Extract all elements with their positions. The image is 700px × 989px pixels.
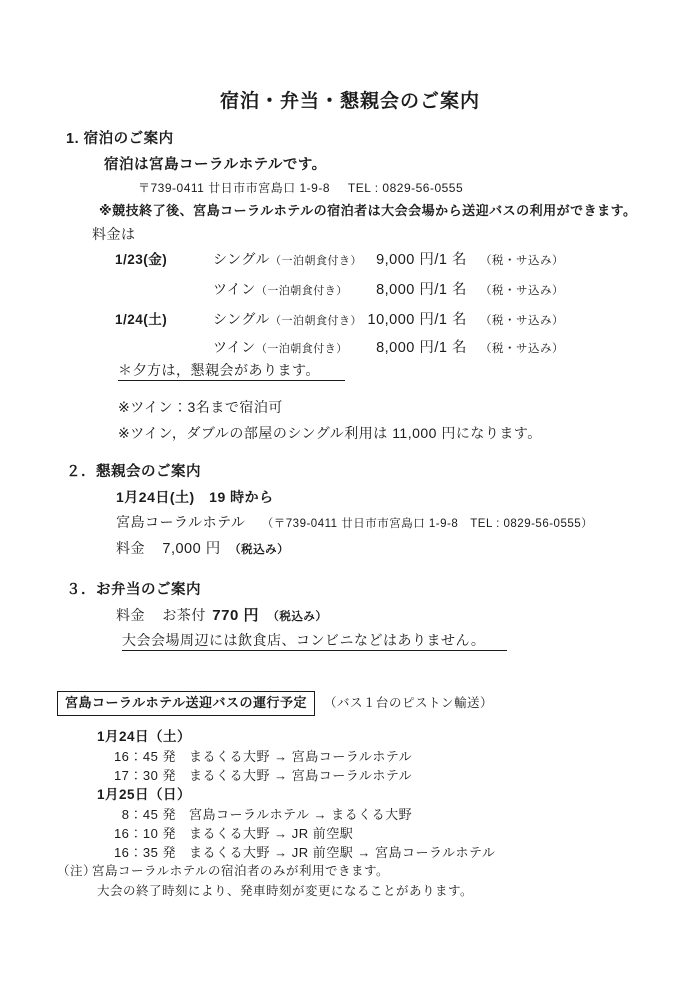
- rate-date: 1/23(金): [115, 252, 213, 269]
- rate-room-note: （一泊朝食付き）: [270, 315, 362, 327]
- bento-fee-prefix: お茶付: [162, 607, 206, 623]
- shuttle-run-time: 8：45 発: [108, 807, 176, 823]
- gathering-fee: 7,000 円: [162, 541, 220, 557]
- shuttle-note: 宮島コーラルホテルの宿泊者のみが利用できます。: [92, 864, 389, 878]
- shuttle-note: 大会の終了時刻により、発車時刻が変更になることがあります。: [97, 884, 473, 900]
- lodging-shuttle-availability-note: ※競技終了後、宮島コーラルホテルの宿泊者は大会会場から送迎バスの利用ができます。: [99, 203, 637, 219]
- rates-label: 料金は: [92, 226, 136, 244]
- gathering-fee-line: 料金 7,000 円 （税込み）: [116, 540, 289, 558]
- gathering-venue-detail: （〒739-0411 廿日市市宮島口 1-9-8 TEL : 0829-56-0…: [262, 518, 593, 530]
- shuttle-run-time: 17：30 発: [108, 768, 176, 784]
- shuttle-run-time: 16：35 発: [108, 845, 176, 861]
- shuttle-run-route: まるくる大野 → JR 前空駅: [189, 826, 353, 841]
- bento-fee-line: 料金 お茶付 770 円 （税込み）: [116, 607, 327, 626]
- page-title: 宿泊・弁当・懇親会のご案内: [0, 90, 700, 114]
- shuttle-day-date: 1月24日（土）: [97, 729, 191, 746]
- gathering-fee-label: 料金: [116, 540, 145, 556]
- evening-party-note: ＊夕方は，懇親会があります。: [118, 362, 345, 381]
- bento-fee-amount: 770 円: [212, 607, 259, 624]
- shuttle-day-date: 1月25日（日）: [97, 787, 191, 804]
- rate-price: 8,000 円/1 名: [355, 339, 467, 357]
- shuttle-run: 17：30 発まるくる大野 → 宮島コーラルホテル: [0, 768, 412, 784]
- rate-tax-note: （税・サ込み）: [480, 343, 564, 355]
- twin-capacity-note: ※ツイン：3名まで宿泊可: [118, 399, 283, 417]
- shuttle-run: 16：10 発まるくる大野 → JR 前空駅: [0, 826, 353, 842]
- rate-price: 9,000 円/1 名: [355, 251, 467, 269]
- shuttle-schedule-header: 宮島コーラルホテル送迎バスの運行予定 （バス１台のピストン輸送）: [57, 691, 493, 716]
- rate-room: ツイン: [213, 281, 256, 297]
- lodging-postal-address: 〒739-0411 廿日市市宮島口 1-9-8: [138, 181, 330, 195]
- rate-tax-note: （税・サ込み）: [480, 315, 564, 327]
- rate-room-note: （一泊朝食付き）: [270, 255, 362, 267]
- shuttle-run: 8：45 発宮島コーラルホテル → まるくる大野: [0, 807, 412, 823]
- rate-row: ツイン（一泊朝食付き）8,000 円/1 名（税・サ込み）: [115, 281, 564, 299]
- rate-tax-note: （税・サ込み）: [480, 285, 564, 297]
- rate-room-note: （一泊朝食付き）: [256, 285, 348, 297]
- lodging-address-line: 〒739-0411 廿日市市宮島口 1-9-8 TEL : 0829-56-05…: [138, 181, 463, 196]
- bento-section-heading: ３．お弁当のご案内: [66, 581, 201, 599]
- gathering-datetime: 1月24日(土) 19 時から: [116, 489, 274, 507]
- rate-room: ツイン: [213, 339, 256, 355]
- shuttle-note-line: （注）宮島コーラルホテルの宿泊者のみが利用できます。: [57, 864, 389, 880]
- lodging-tel: TEL : 0829-56-0555: [348, 181, 463, 195]
- gathering-venue: 宮島コーラルホテル: [116, 514, 245, 530]
- bento-fee-label: 料金: [116, 607, 145, 623]
- rate-row: 1/24(土)シングル（一泊朝食付き）10,000 円/1 名（税・サ込み）: [115, 311, 564, 329]
- gathering-fee-note: （税込み）: [229, 544, 289, 556]
- rate-room-note: （一泊朝食付き）: [256, 343, 348, 355]
- shuttle-run-route: まるくる大野 → JR 前空駅 → 宮島コーラルホテル: [189, 845, 495, 860]
- rate-row: ツイン（一泊朝食付き）8,000 円/1 名（税・サ込み）: [115, 339, 564, 357]
- rate-room: シングル: [213, 251, 270, 267]
- rate-date: 1/24(土): [115, 312, 213, 329]
- shuttle-run-time: 16：45 発: [108, 749, 176, 765]
- bento-warning: 大会会場周辺には飲食店、コンビニなどはありません。: [122, 632, 507, 651]
- twin-single-use-note: ※ツイン，ダブルの部屋のシングル利用は 11,000 円になります。: [118, 425, 542, 443]
- shuttle-run-route: まるくる大野 → 宮島コーラルホテル: [189, 768, 412, 783]
- rate-row: 1/23(金)シングル（一泊朝食付き）9,000 円/1 名（税・サ込み）: [115, 251, 564, 269]
- lodging-intro: 宿泊は宮島コーラルホテルです。: [104, 156, 327, 174]
- rate-room: シングル: [213, 311, 270, 327]
- lodging-section-heading: 1. 宿泊のご案内: [66, 130, 174, 148]
- rate-price: 10,000 円/1 名: [355, 311, 467, 329]
- rate-price: 8,000 円/1 名: [355, 281, 467, 299]
- shuttle-run: 16：45 発まるくる大野 → 宮島コーラルホテル: [0, 749, 412, 765]
- shuttle-run: 16：35 発まるくる大野 → JR 前空駅 → 宮島コーラルホテル: [0, 845, 495, 861]
- bento-fee-note: （税込み）: [267, 611, 327, 623]
- gathering-venue-line: 宮島コーラルホテル （〒739-0411 廿日市市宮島口 1-9-8 TEL :…: [116, 514, 593, 532]
- shuttle-subtitle: （バス１台のピストン輸送）: [324, 696, 493, 712]
- shuttle-run-time: 16：10 発: [108, 826, 176, 842]
- shuttle-note-label: （注）: [57, 864, 92, 880]
- gathering-section-heading: ２．懇親会のご案内: [66, 463, 201, 481]
- shuttle-run-route: 宮島コーラルホテル → まるくる大野: [189, 807, 412, 822]
- rate-tax-note: （税・サ込み）: [480, 255, 564, 267]
- shuttle-schedule-box-title: 宮島コーラルホテル送迎バスの運行予定: [57, 691, 315, 716]
- scanned-document-page: 宿泊・弁当・懇親会のご案内 1. 宿泊のご案内 宿泊は宮島コーラルホテルです。 …: [0, 0, 700, 989]
- shuttle-run-route: まるくる大野 → 宮島コーラルホテル: [189, 749, 412, 764]
